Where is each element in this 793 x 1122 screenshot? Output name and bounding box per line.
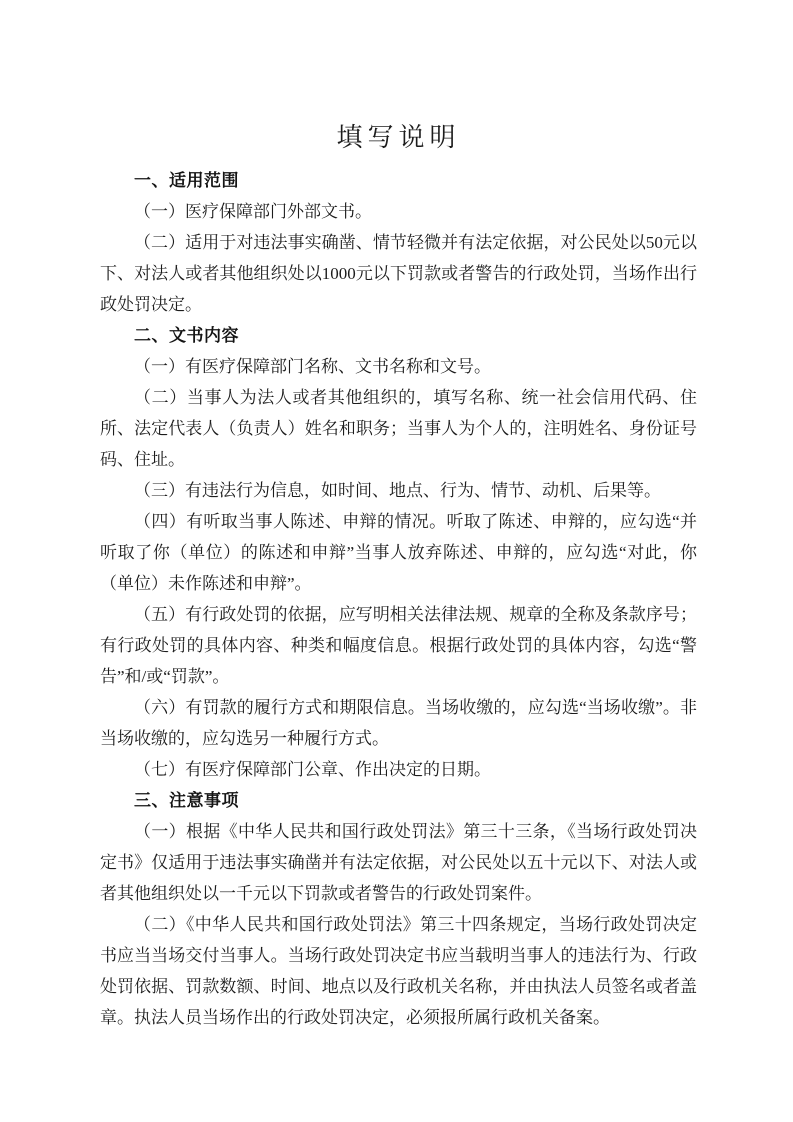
paragraph: （五）有行政处罚的依据，应写明相关法律法规、规章的全称及条款序号；有行政处罚的具…: [100, 599, 697, 692]
paragraph: （二）适用于对违法事实确凿、情节轻微并有法定依据，对公民处以50元以下、对法人或…: [100, 227, 697, 320]
section-content: 二、文书内容 （一）有医疗保障部门名称、文书名称和文号。 （二）当事人为法人或者…: [100, 320, 697, 785]
paragraph: （七）有医疗保障部门公章、作出决定的日期。: [100, 754, 697, 785]
paragraph: （四）有听取当事人陈述、申辩的情况。听取了陈述、申辩的，应勾选“并听取了你（单位…: [100, 506, 697, 599]
paragraph: （六）有罚款的履行方式和期限信息。当场收缴的，应勾选“当场收缴”。非当场收缴的，…: [100, 692, 697, 754]
paragraph: （一）有医疗保障部门名称、文书名称和文号。: [100, 351, 697, 382]
section-scope: 一、适用范围 （一）医疗保障部门外部文书。 （二）适用于对违法事实确凿、情节轻微…: [100, 165, 697, 320]
section-heading-content: 二、文书内容: [100, 320, 697, 351]
section-heading-notes: 三、注意事项: [100, 785, 697, 816]
paragraph: （二）当事人为法人或者其他组织的，填写名称、统一社会信用代码、住所、法定代表人（…: [100, 382, 697, 475]
section-notes: 三、注意事项 （一）根据《中华人民共和国行政处罚法》第三十三条，《当场行政处罚决…: [100, 785, 697, 1033]
paragraph: （一）根据《中华人民共和国行政处罚法》第三十三条，《当场行政处罚决定书》仅适用于…: [100, 816, 697, 909]
document-title: 填写说明: [100, 120, 697, 156]
paragraph: （一）医疗保障部门外部文书。: [100, 196, 697, 227]
paragraph: （三）有违法行为信息，如时间、地点、行为、情节、动机、后果等。: [100, 475, 697, 506]
section-heading-scope: 一、适用范围: [100, 165, 697, 196]
paragraph: （二）《中华人民共和国行政处罚法》第三十四条规定，当场行政处罚决定书应当当场交付…: [100, 909, 697, 1033]
document-page: 填写说明 一、适用范围 （一）医疗保障部门外部文书。 （二）适用于对违法事实确凿…: [0, 0, 793, 1122]
